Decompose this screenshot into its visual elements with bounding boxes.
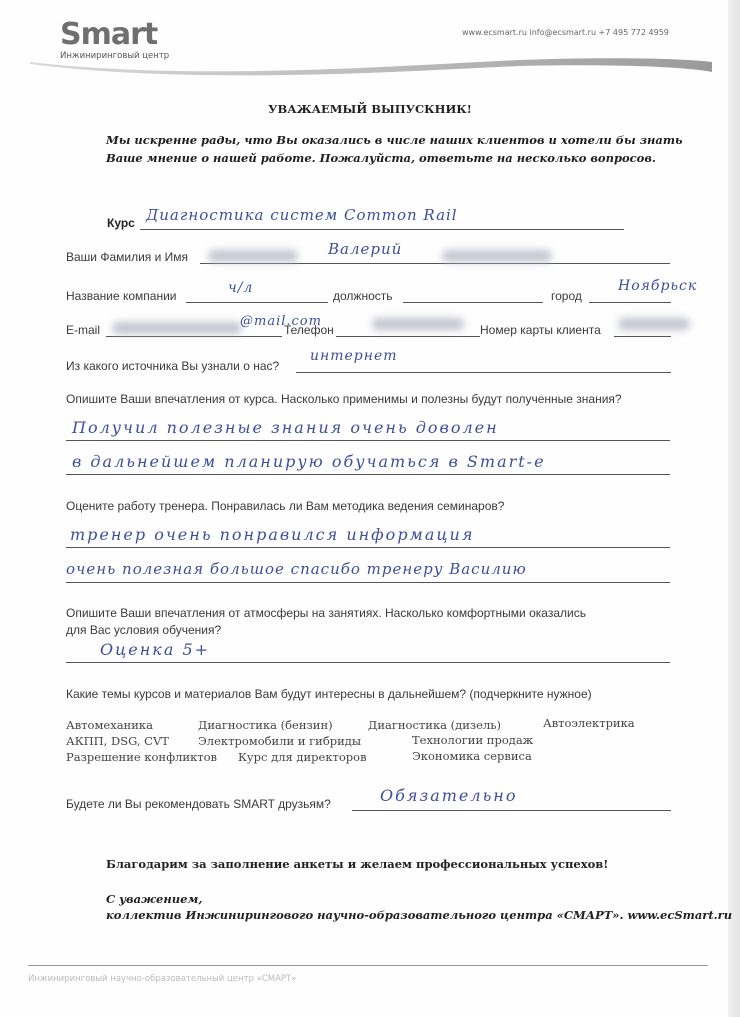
company-field-value[interactable]: ч/л [228,280,253,296]
course-field-line[interactable] [140,229,624,230]
header-contacts: www.ecsmart.ru info@ecsmart.ru +7 495 77… [462,28,669,37]
intro-line-1: Мы искренне рады, что Вы оказались в чис… [106,131,683,149]
topics-question: Какие темы курсов и материалов Вам будут… [66,687,592,701]
city-field-value[interactable]: Ноябрьск [618,278,697,294]
intro-text: Мы искренне рады, что Вы оказались в чис… [106,131,683,167]
email-label: E-mail [66,323,100,337]
trainer-answer-1[interactable]: тренер очень понравился информация [70,525,474,544]
city-label: город [551,289,582,303]
intro-line-2: Ваше мнение о нашей работе. Пожалуйста, … [106,149,683,167]
atmosphere-answer[interactable]: Оценка 5+ [100,640,210,659]
position-label: должность [333,289,393,303]
phone-field-line[interactable] [336,336,480,337]
topic-option[interactable]: Автоэлектрика [543,716,635,730]
regards-text: С уважением, [106,891,732,907]
header-swoosh-decoration [0,52,740,82]
company-label: Название компании [66,289,176,303]
topic-option[interactable]: Курс для директоров [238,750,367,764]
client-card-field-line[interactable] [614,336,671,337]
course-impression-line-1[interactable] [66,440,670,441]
course-label: Курс [107,216,135,230]
feedback-form-page: Smart Инжиниринговый центр www.ecsmart.r… [0,0,740,1017]
client-card-label: Номер карты клиента [480,323,601,337]
course-impression-question: Опишите Ваши впечатления от курса. Наско… [66,392,622,406]
source-label: Из какого источника Вы узнали о нас? [66,359,279,373]
topic-option[interactable]: Автомеханика [66,718,153,732]
topic-option[interactable]: АКПП, DSG, CVT [66,734,169,748]
thanks-message: Благодарим за заполнение анкеты и желаем… [106,857,608,871]
form-title: УВАЖАЕМЫЙ ВЫПУСКНИК! [0,102,740,116]
topic-option[interactable]: Электромобили и гибриды [198,734,361,748]
trainer-answer-line-2[interactable] [66,582,670,583]
course-field-value[interactable]: Диагностика систем Common Rail [146,206,458,224]
scan-edge [728,0,740,1017]
trainer-answer-2[interactable]: очень полезная большое спасибо тренеру В… [66,560,527,578]
topic-option[interactable]: Экономика сервиса [412,749,532,763]
recommend-answer[interactable]: Обязательно [380,786,517,805]
redacted-name-blur [442,250,552,262]
name-field-line[interactable] [200,263,670,264]
company-field-line[interactable] [186,302,328,303]
trainer-answer-line-1[interactable] [66,547,670,548]
topic-option[interactable]: Технологии продаж [412,733,533,747]
recommend-answer-line[interactable] [352,810,671,811]
redacted-surname-blur [208,250,298,262]
course-impression-answer-1[interactable]: Получил полезные знания очень доволен [72,418,499,437]
course-impression-line-2[interactable] [66,474,670,475]
source-field-value[interactable]: интернет [310,348,398,364]
name-label: Ваши Фамилия и Имя [66,250,188,264]
phone-label: Телефон [284,323,334,337]
topic-option[interactable]: Диагностика (дизель) [368,718,501,732]
name-field-value[interactable]: Валерий [328,240,402,258]
footer-divider [28,965,708,966]
atmosphere-answer-line[interactable] [66,662,670,663]
email-field-line[interactable] [106,336,282,337]
city-field-line[interactable] [589,302,671,303]
atmosphere-question-line-2: для Вас условия обучения? [66,623,221,637]
trainer-question: Оцените работу тренера. Понравилась ли В… [66,499,504,513]
position-field-line[interactable] [403,302,543,303]
signature-block: С уважением, коллектив Инжинирингового н… [106,891,732,923]
recommend-question: Будете ли Вы рекомендовать SMART друзьям… [66,797,331,811]
footer-text: Инжиниринговый научно-образовательный це… [28,974,296,984]
course-impression-answer-2[interactable]: в дальнейшем планирую обучаться в Smart-… [72,452,546,471]
redacted-phone-blur [372,318,464,330]
redacted-email-blur [112,322,242,334]
topic-option[interactable]: Разрешение конфликтов [66,750,217,764]
atmosphere-question-line-1: Опишите Ваши впечатления от атмосферы на… [66,606,586,620]
topic-option[interactable]: Диагностика (бензин) [198,718,333,732]
source-field-line[interactable] [296,372,671,373]
logo-wordmark: Smart [60,20,169,50]
redacted-card-blur [618,318,690,330]
team-signature: коллектив Инжинирингового научно-образов… [106,907,732,923]
